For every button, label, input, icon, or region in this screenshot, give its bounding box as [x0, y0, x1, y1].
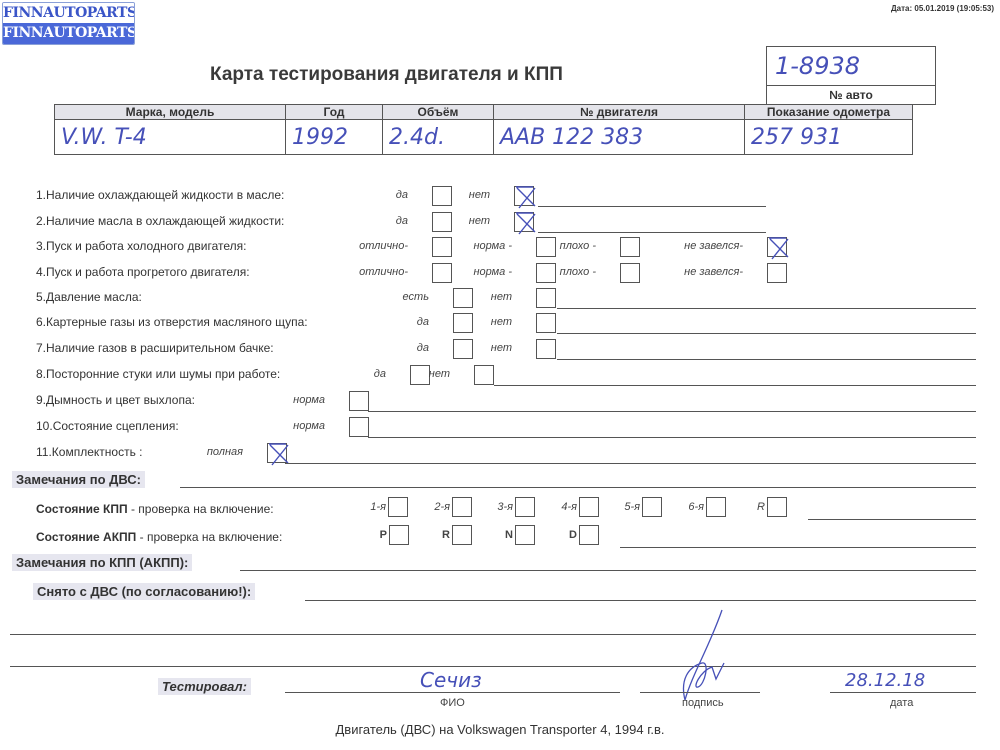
question-text: Наличие масла в охлаждающей жидкости:: [46, 214, 284, 228]
remarks-gearbox-line[interactable]: [240, 570, 976, 571]
question-label: 1.Наличие охлаждающей жидкости в масле:: [36, 188, 284, 202]
question-label: 3.Пуск и работа холодного двигателя:: [36, 239, 246, 253]
gear-label: 5-я: [624, 501, 640, 513]
question-label: 7.Наличие газов в расширительном бачке:: [36, 341, 274, 355]
question-label: 11.Комплектность :: [36, 445, 142, 459]
checkbox[interactable]: [453, 313, 473, 333]
comment-line[interactable]: [285, 463, 976, 464]
option-label: да: [417, 342, 429, 354]
gear-label: R: [757, 501, 765, 513]
question-number: 8.: [36, 367, 46, 381]
option-label: норма: [293, 420, 325, 432]
removed-line[interactable]: [305, 600, 976, 601]
manual-gearbox-desc: - проверка на включение:: [128, 502, 274, 516]
gear-checkbox[interactable]: [515, 497, 535, 517]
manual-gearbox-title: Состояние КПП: [36, 502, 128, 516]
question-number: 9.: [36, 393, 46, 407]
comment-line[interactable]: [538, 206, 766, 207]
gear-label: D: [569, 529, 577, 541]
year-value[interactable]: 1992: [286, 120, 383, 155]
checkbox[interactable]: [536, 263, 556, 283]
manual-gearbox-label: Состояние КПП - проверка на включение:: [36, 502, 274, 516]
gear-label: R: [442, 529, 450, 541]
vehicle-header-table: Марка, модель Год Объём № двигателя Пока…: [54, 104, 913, 155]
signature-caption: подпись: [682, 697, 724, 709]
checkbox[interactable]: [767, 237, 787, 257]
checkbox[interactable]: [536, 288, 556, 308]
question-label: 8.Посторонние стуки или шумы при работе:: [36, 367, 280, 381]
notes-line-1[interactable]: [10, 634, 976, 635]
page-title: Карта тестирования двигателя и КПП: [210, 64, 563, 86]
odometer-value[interactable]: 257 931: [745, 120, 913, 155]
datestamp: Дата: 05.01.2019 (19:05:53): [891, 4, 994, 13]
question-label: 2.Наличие масла в охлаждающей жидкости:: [36, 214, 284, 228]
option-label: отлично-: [359, 240, 408, 252]
engine-number-value[interactable]: AAB 122 383: [494, 120, 745, 155]
remarks-engine-line[interactable]: [180, 487, 976, 488]
question-text: Наличие охлаждающей жидкости в масле:: [46, 188, 284, 202]
volume-value[interactable]: 2.4d.: [383, 120, 494, 155]
question-number: 3.: [36, 239, 46, 253]
comment-line[interactable]: [368, 437, 976, 438]
checkbox[interactable]: [474, 365, 494, 385]
option-label: да: [396, 189, 408, 201]
tester-name-value[interactable]: Сечиз: [420, 668, 482, 692]
checkbox[interactable]: [349, 391, 369, 411]
auto-gearbox-desc: - проверка на включение:: [136, 530, 282, 544]
checkbox[interactable]: [514, 212, 534, 232]
option-label: норма -: [473, 240, 512, 252]
option-label: полная: [207, 446, 243, 458]
checkbox[interactable]: [536, 237, 556, 257]
question-number: 6.: [36, 315, 46, 329]
auto-gearbox-title: Состояние АКПП: [36, 530, 136, 544]
remarks-engine-label: Замечания по ДВС:: [12, 471, 145, 488]
question-label: 10.Состояние сцепления:: [36, 419, 179, 433]
tested-by-label: Тестировал:: [158, 678, 251, 695]
gear-label: 1-я: [370, 501, 386, 513]
option-label: нет: [469, 215, 490, 227]
option-label: не завелся-: [684, 266, 743, 278]
option-label: есть: [403, 291, 429, 303]
option-label: не завелся-: [684, 240, 743, 252]
question-text: Посторонние стуки или шумы при работе:: [46, 367, 280, 381]
remarks-gearbox-label: Замечания по КПП (АКПП):: [12, 554, 192, 571]
comment-line[interactable]: [557, 333, 976, 334]
manual-gearbox-line[interactable]: [808, 519, 976, 520]
option-label: нет: [469, 189, 490, 201]
removed-label: Снято с ДВС (по согласованию!):: [33, 583, 255, 600]
signature-icon: [640, 605, 760, 705]
question-label: 6.Картерные газы из отверстия масляного …: [36, 315, 308, 329]
comment-line[interactable]: [368, 411, 976, 412]
option-label: отлично-: [359, 266, 408, 278]
gear-checkbox[interactable]: [642, 497, 662, 517]
question-text: Пуск и работа холодного двигателя:: [46, 239, 246, 253]
gear-checkbox[interactable]: [515, 525, 535, 545]
make-model-value[interactable]: V.W. T-4: [55, 120, 286, 155]
tester-name-line[interactable]: [285, 692, 620, 693]
gear-checkbox[interactable]: [579, 497, 599, 517]
option-label: нет: [429, 368, 450, 380]
gear-label: 2-я: [434, 501, 450, 513]
comment-line[interactable]: [494, 385, 976, 386]
comment-line[interactable]: [557, 308, 976, 309]
checkbox[interactable]: [767, 263, 787, 283]
col-volume: Объём: [383, 105, 494, 120]
option-label: нет: [491, 316, 512, 328]
checkbox[interactable]: [620, 263, 640, 283]
question-number: 4.: [36, 265, 46, 279]
notes-line-2[interactable]: [10, 666, 976, 667]
col-engine-number: № двигателя: [494, 105, 745, 120]
gear-label: 4-я: [561, 501, 577, 513]
logo-line-2: FINNAUTOPARTS: [3, 23, 134, 44]
auto-gearbox-label: Состояние АКПП - проверка на включение:: [36, 530, 282, 544]
question-text: Комплектность :: [52, 445, 143, 459]
brand-logo: FINNAUTOPARTS FINNAUTOPARTS: [2, 2, 135, 45]
col-odometer: Показание одометра: [745, 105, 913, 120]
checkbox[interactable]: [536, 339, 556, 359]
comment-line[interactable]: [538, 232, 766, 233]
option-label: нет: [491, 291, 512, 303]
checkbox[interactable]: [432, 263, 452, 283]
option-label: норма: [293, 394, 325, 406]
checkbox[interactable]: [267, 443, 287, 463]
option-label: нет: [491, 342, 512, 354]
date-value[interactable]: 28.12.18: [845, 670, 925, 691]
question-text: Пуск и работа прогретого двигателя:: [46, 265, 250, 279]
question-number: 7.: [36, 341, 46, 355]
gear-label: P: [380, 529, 387, 541]
checkbox[interactable]: [432, 186, 452, 206]
comment-line[interactable]: [557, 359, 976, 360]
question-number: 5.: [36, 290, 46, 304]
checkbox[interactable]: [349, 417, 369, 437]
footer-caption: Двигатель (ДВС) на Volkswagen Transporte…: [0, 722, 1000, 737]
question-number: 1.: [36, 188, 46, 202]
question-number: 2.: [36, 214, 46, 228]
question-text: Давление масла:: [46, 290, 142, 304]
auto-gearbox-line[interactable]: [620, 547, 976, 548]
gear-checkbox[interactable]: [388, 497, 408, 517]
gear-checkbox[interactable]: [452, 497, 472, 517]
option-label: да: [374, 368, 386, 380]
gear-checkbox[interactable]: [389, 525, 409, 545]
gear-label: N: [505, 529, 513, 541]
gear-checkbox[interactable]: [579, 525, 599, 545]
question-number: 11.: [36, 445, 52, 459]
question-number: 10.: [36, 419, 53, 433]
date-caption: дата: [890, 697, 913, 709]
logo-line-1: FINNAUTOPARTS: [3, 3, 134, 23]
checkbox[interactable]: [432, 237, 452, 257]
col-make-model: Марка, модель: [55, 105, 286, 120]
option-label: плохо -: [560, 266, 596, 278]
question-text: Состояние сцепления:: [53, 419, 179, 433]
auto-number-box: 1-8938 № авто: [766, 46, 936, 105]
checkbox[interactable]: [514, 186, 534, 206]
question-label: 4.Пуск и работа прогретого двигателя:: [36, 265, 250, 279]
question-label: 5.Давление масла:: [36, 290, 142, 304]
checkbox[interactable]: [453, 288, 473, 308]
gear-checkbox[interactable]: [706, 497, 726, 517]
date-line[interactable]: [830, 692, 976, 693]
option-label: норма -: [473, 266, 512, 278]
checkbox[interactable]: [453, 339, 473, 359]
question-text: Дымность и цвет выхлопа:: [46, 393, 195, 407]
checkbox[interactable]: [620, 237, 640, 257]
checkbox[interactable]: [410, 365, 430, 385]
question-label: 9.Дымность и цвет выхлопа:: [36, 393, 195, 407]
option-label: плохо -: [560, 240, 596, 252]
gear-label: 6-я: [688, 501, 704, 513]
option-label: да: [396, 215, 408, 227]
gear-checkbox[interactable]: [767, 497, 787, 517]
question-text: Наличие газов в расширительном бачке:: [46, 341, 274, 355]
signature-line[interactable]: [640, 692, 760, 693]
option-label: да: [417, 316, 429, 328]
gear-label: 3-я: [497, 501, 513, 513]
checkbox[interactable]: [432, 212, 452, 232]
checkbox[interactable]: [536, 313, 556, 333]
auto-number-label: № авто: [767, 86, 935, 104]
col-year: Год: [286, 105, 383, 120]
name-caption: ФИО: [440, 697, 465, 709]
auto-number-value: 1-8938: [767, 47, 935, 86]
question-text: Картерные газы из отверстия масляного щу…: [46, 315, 308, 329]
gear-checkbox[interactable]: [452, 525, 472, 545]
